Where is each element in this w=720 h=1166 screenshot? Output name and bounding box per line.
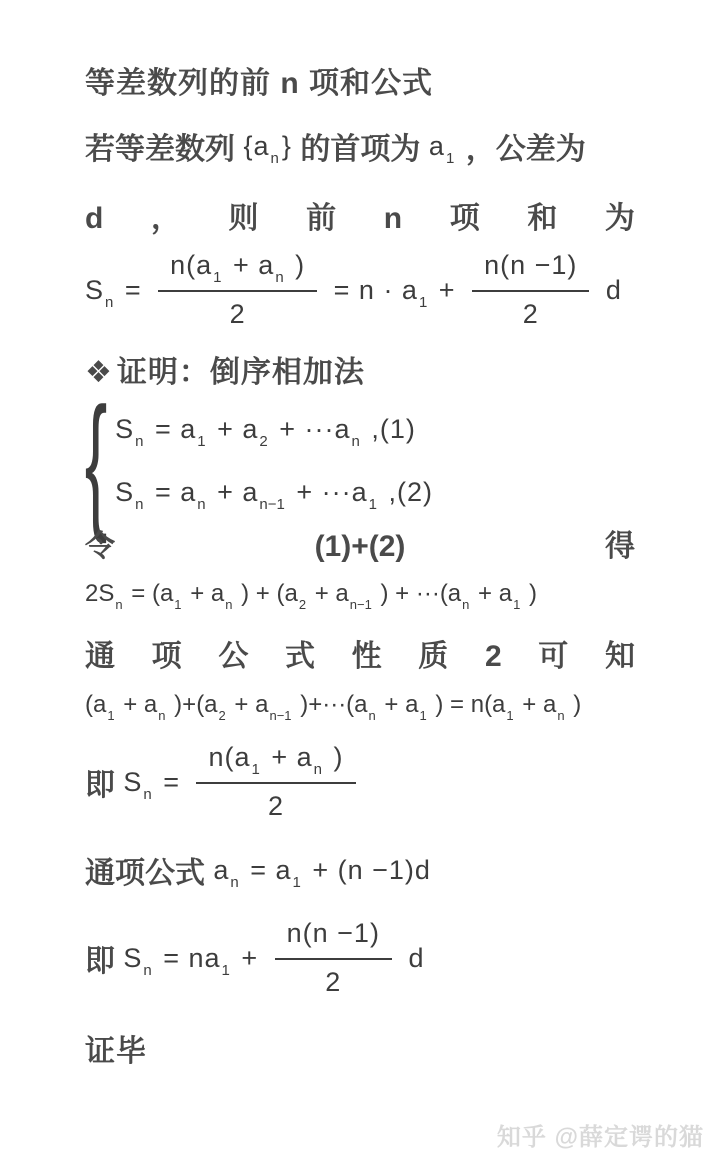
math-token: 1 <box>293 874 301 891</box>
justified-item: 2 <box>485 640 502 674</box>
math-token: 2 <box>219 708 226 723</box>
watermark: 知乎 @薛定谔的猫 <box>497 1117 704 1152</box>
math-token: + <box>430 275 464 306</box>
justified-item: 项 <box>152 631 182 675</box>
math-token: ) <box>522 580 537 608</box>
math-token: + a <box>471 580 512 608</box>
math-token: 1 <box>197 433 205 450</box>
math-token: n <box>143 786 151 803</box>
denominator: 2 <box>268 784 284 822</box>
math-token: + (n −1)d <box>304 855 431 886</box>
fraction: n(n −1)2 <box>275 918 392 998</box>
math-token: 2 <box>299 597 306 612</box>
math-token: S <box>123 943 142 974</box>
math-token: S <box>85 275 104 306</box>
justified-item: 公 <box>218 631 248 675</box>
equation-system: { Sn = a1 + a2 + ···an ,(1) Sn = an + an… <box>85 402 433 519</box>
math-token: ) <box>567 691 582 719</box>
math-token: ) = n(a <box>429 691 506 719</box>
math-token: n(n −1) <box>287 918 380 949</box>
math-token: + a <box>378 691 419 719</box>
math-token: = a <box>146 477 196 508</box>
math-token: S <box>115 414 134 445</box>
intro-text: 若等差数列 {an} 的首项为 a1 ，公差为 <box>85 124 586 168</box>
math-token: + a <box>209 414 259 445</box>
justified-item: 为 <box>605 193 635 237</box>
math-token: + ···a <box>271 414 351 445</box>
math-token: 即 <box>85 936 123 980</box>
denominator: 2 <box>325 960 341 998</box>
math-token: 1 <box>213 269 221 286</box>
justified-item: 式 <box>285 631 315 675</box>
justified-item: 通 <box>85 631 115 675</box>
system-equation-2: Sn = an + an−1 + ···a1 ,(2) <box>115 477 433 508</box>
justified-item: d <box>85 202 103 236</box>
proof-heading-label: 证明：倒序相加法 <box>117 356 365 389</box>
system-equation-1: Sn = a1 + a2 + ···an ,(1) <box>115 414 433 445</box>
math-token: 1 <box>369 496 377 513</box>
sum-formula: Sn = n(a1 + an )2 = n · a1 + n(n −1)2 d <box>85 250 622 330</box>
given-line: d，则前n项和为 <box>85 193 635 237</box>
justified-item: 项 <box>450 193 480 237</box>
math-token: 1 <box>107 708 114 723</box>
math-token: = <box>155 767 189 798</box>
math-token: 1 <box>513 597 520 612</box>
justified-item: (1)+(2) <box>315 530 406 564</box>
math-token: n(n −1) <box>484 250 577 281</box>
math-token: n <box>557 708 564 723</box>
general-term-formula: 通项公式 an = a1 + (n −1)d <box>85 848 431 892</box>
math-token: d <box>400 943 425 974</box>
proof-heading: ❖证明：倒序相加法 <box>85 347 365 391</box>
document-page: 等差数列的前 n 项和公式 若等差数列 {an} 的首项为 a1 ，公差为 d，… <box>0 0 720 1166</box>
math-token: = a <box>242 855 292 886</box>
math-token: n <box>135 496 143 513</box>
denominator: 2 <box>230 292 246 330</box>
math-token: n <box>105 294 113 311</box>
justified-item: n <box>384 202 402 236</box>
math-token: 即 <box>85 760 123 804</box>
math-token: ,(2) <box>380 477 433 508</box>
math-token <box>457 131 466 162</box>
justified-item: 前 <box>306 193 336 237</box>
math-token: = na <box>155 943 221 974</box>
math-token: )+(a <box>168 691 218 719</box>
math-token: + a <box>225 250 275 281</box>
math-token: S <box>123 767 142 798</box>
math-token: ) <box>287 250 306 281</box>
math-token: 1 <box>252 761 260 778</box>
math-token: 2 <box>230 299 246 330</box>
denominator: 2 <box>523 292 539 330</box>
math-token: n(a <box>208 742 250 773</box>
math-token: + <box>233 943 267 974</box>
math-token: 若等差数列 <box>85 124 235 168</box>
math-token: 2 <box>268 791 284 822</box>
numerator: n(a1 + an ) <box>196 742 355 784</box>
justified-item: 可 <box>538 631 568 675</box>
math-token: 2 <box>259 433 267 450</box>
math-token: n−1 <box>350 597 372 612</box>
math-token: + a <box>209 477 259 508</box>
page-title: 等差数列的前 n 项和公式 <box>85 58 433 102</box>
math-token: + a <box>263 742 313 773</box>
final-formula: 即 Sn = na1 + n(n −1)2 d <box>85 918 424 998</box>
justified-item: 得 <box>605 521 635 565</box>
math-token: n <box>225 597 232 612</box>
numerator: n(n −1) <box>472 250 589 292</box>
math-token: ) + (a <box>234 580 297 608</box>
math-token: ) <box>325 742 344 773</box>
math-token: + a <box>117 691 158 719</box>
math-token: (a <box>85 691 106 719</box>
math-token: n <box>158 708 165 723</box>
math-token: n <box>271 150 279 167</box>
combine-line: 令(1)+(2)得 <box>85 521 635 565</box>
math-token: 2S <box>85 580 114 608</box>
math-token: 2 <box>523 299 539 330</box>
justified-item: ， <box>151 193 181 237</box>
math-token: d <box>597 275 622 306</box>
math-token: 1 <box>419 294 427 311</box>
math-token: n <box>275 269 283 286</box>
math-token: )+···(a <box>294 691 368 719</box>
math-token: = a <box>146 414 196 445</box>
math-token: a <box>213 855 229 886</box>
pairs-identity: (a1 + an )+(a2 + an−1 )+···(an + a1 ) = … <box>85 691 581 719</box>
math-token: 的首项为 <box>300 124 420 168</box>
math-token: S <box>115 477 134 508</box>
math-token: n <box>352 433 360 450</box>
math-token: 1 <box>419 708 426 723</box>
math-token: 1 <box>506 708 513 723</box>
math-token: } <box>282 131 301 162</box>
math-token: n <box>135 433 143 450</box>
justified-item: 和 <box>527 193 557 237</box>
math-token: ,(1) <box>363 414 416 445</box>
formula-2sn: 2Sn = (a1 + an ) + (a2 + an−1 ) + ···(an… <box>85 580 537 608</box>
justified-item: 则 <box>229 193 259 237</box>
math-token: ) + ···(a <box>374 580 461 608</box>
fraction: n(a1 + an )2 <box>158 250 317 330</box>
math-token: n <box>143 962 151 979</box>
math-token: n(a <box>170 250 212 281</box>
property-line: 通项公式性质2可知 <box>85 631 635 675</box>
math-token: + a <box>308 580 349 608</box>
justified-item: 令 <box>85 521 115 565</box>
justified-item: 性 <box>352 631 382 675</box>
math-token: 1 <box>446 150 454 167</box>
math-token: n−1 <box>259 496 284 513</box>
fraction: n(n −1)2 <box>472 250 589 330</box>
numerator: n(n −1) <box>275 918 392 960</box>
math-token: 1 <box>174 597 181 612</box>
qed-text: 证毕 <box>85 1026 147 1070</box>
math-token: n <box>230 874 238 891</box>
sn-formula: 即 Sn = n(a1 + an )2 <box>85 742 364 822</box>
math-token: a <box>420 131 445 162</box>
math-token: = (a <box>125 580 174 608</box>
math-token: n <box>197 496 205 513</box>
math-token: + ···a <box>288 477 368 508</box>
system-equations: Sn = a1 + a2 + ···an ,(1) Sn = an + an−1… <box>115 414 433 508</box>
justified-item: 质 <box>418 631 448 675</box>
math-token: = n · a <box>325 275 418 306</box>
left-brace: { <box>85 402 108 519</box>
math-token: {a <box>235 131 270 162</box>
justified-item: 知 <box>605 631 635 675</box>
math-token: n <box>462 597 469 612</box>
math-token: n <box>369 708 376 723</box>
math-token: 1 <box>222 962 230 979</box>
math-token: + a <box>516 691 557 719</box>
math-token: = <box>116 275 150 306</box>
math-token: n <box>314 761 322 778</box>
math-token: n−1 <box>269 708 291 723</box>
math-token: 通项公式 <box>85 848 213 892</box>
math-token: 2 <box>325 967 341 998</box>
math-token: ，公差为 <box>466 124 586 168</box>
numerator: n(a1 + an ) <box>158 250 317 292</box>
math-token: n <box>115 597 122 612</box>
math-token: + a <box>228 691 269 719</box>
math-token: + a <box>184 580 225 608</box>
fraction: n(a1 + an )2 <box>196 742 355 822</box>
